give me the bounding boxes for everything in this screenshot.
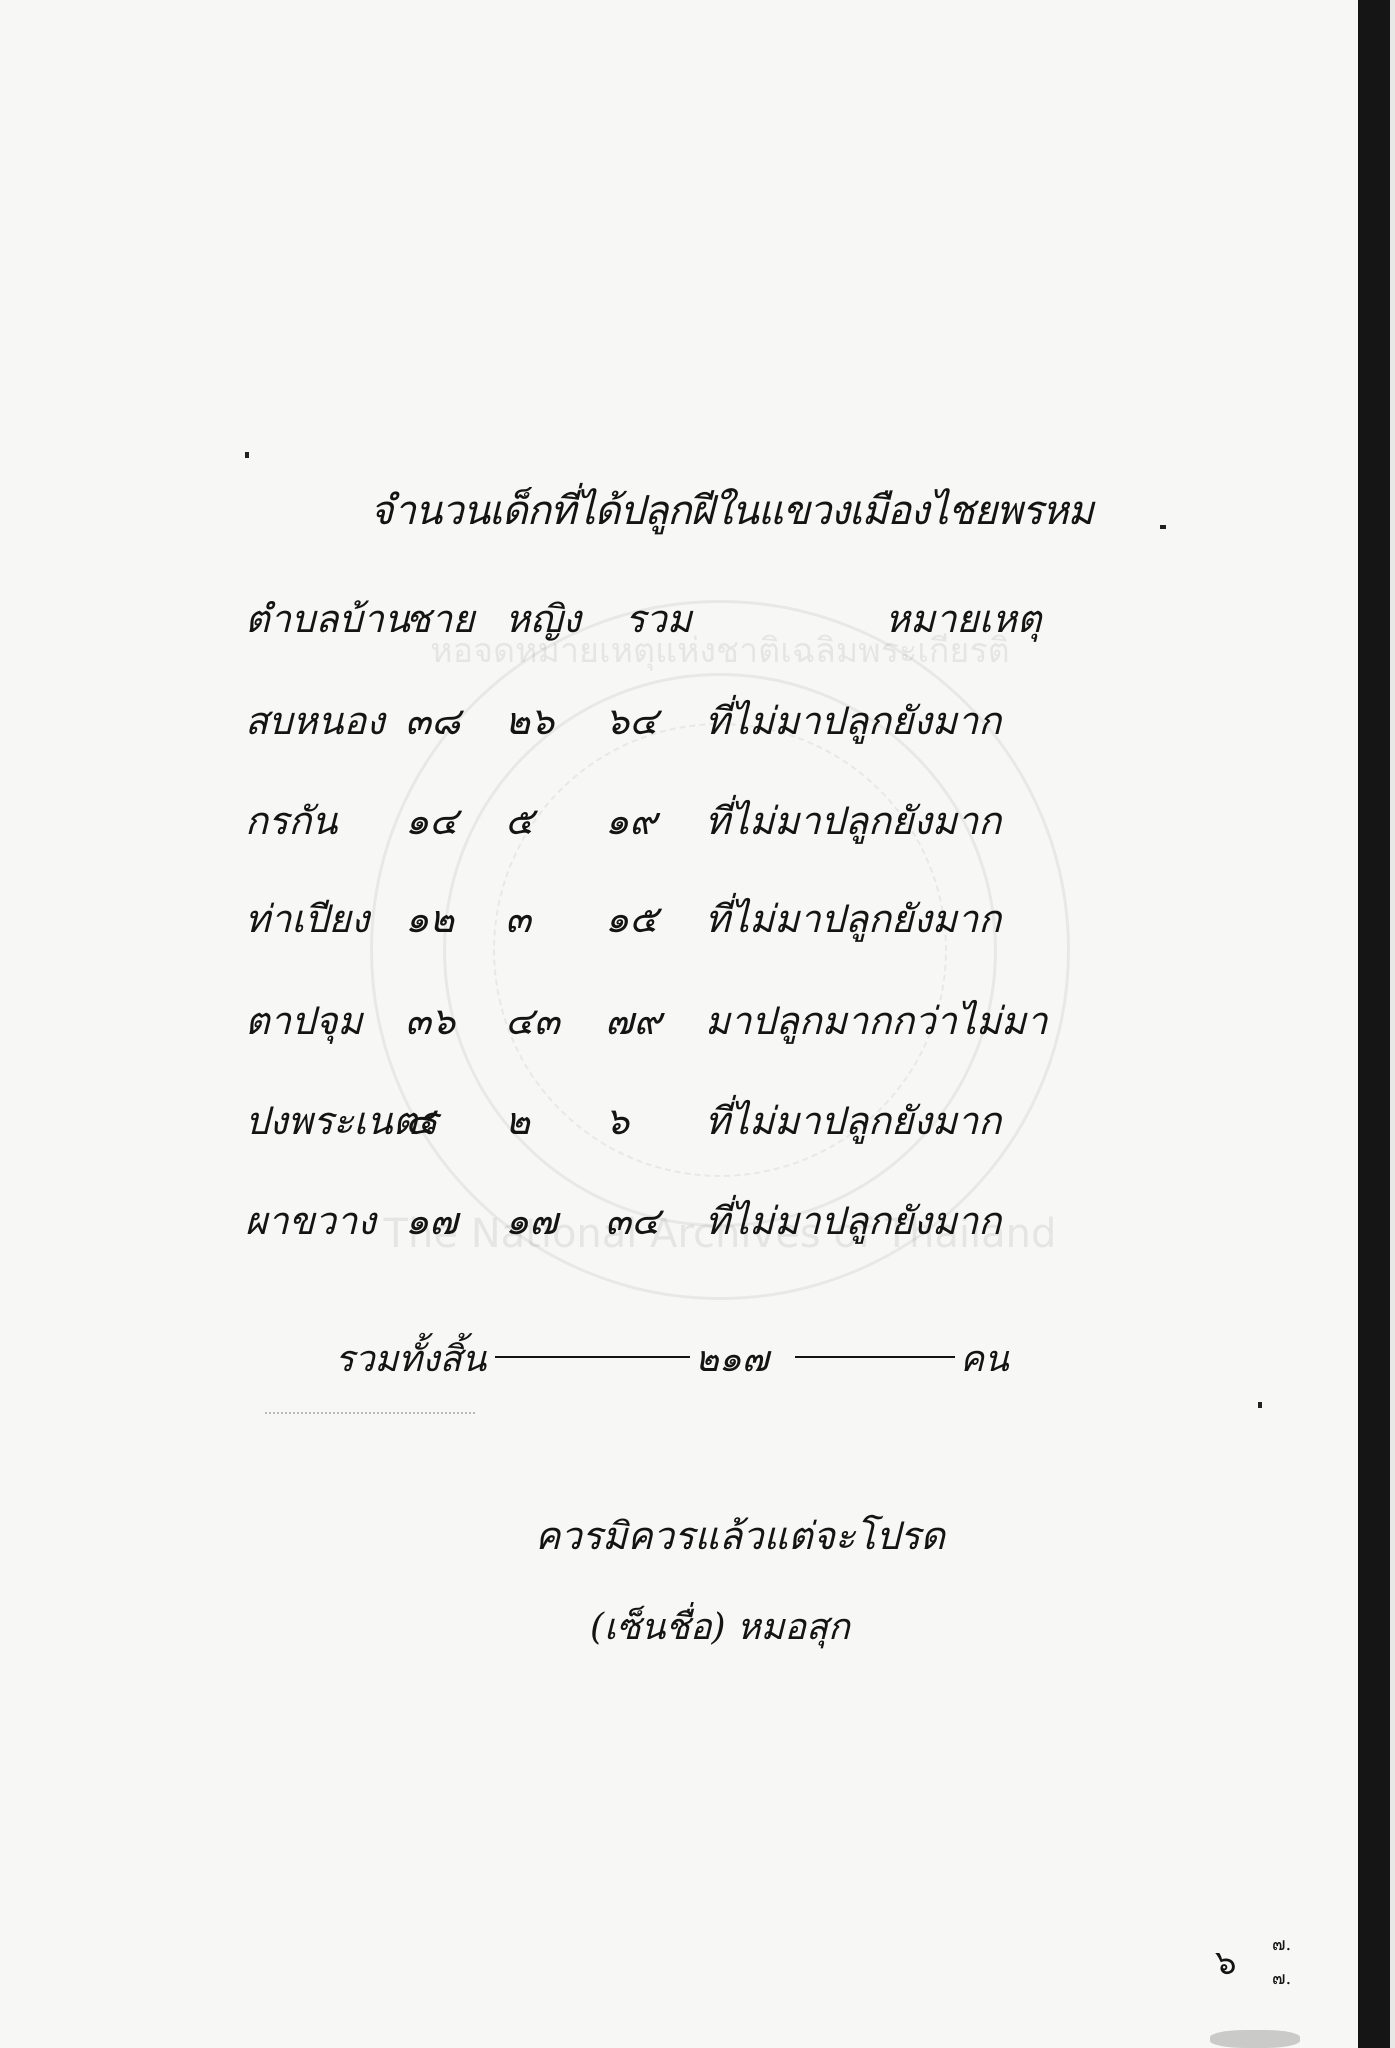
cell-male: ๑๒: [405, 888, 454, 949]
table-row: ปงพระเนตร ๔ ๒ ๖ ที่ไม่มาปลูกยังมาก: [245, 1090, 1145, 1150]
cell-total: ๑๙: [605, 790, 657, 851]
scan-border-strip: [1390, 0, 1395, 2048]
grand-total-label: รวมทั้งสิ้น: [335, 1330, 486, 1387]
cell-total: ๓๔: [605, 1190, 660, 1251]
scan-speck: [1160, 525, 1166, 529]
cell-remarks: ที่ไม่มาปลูกยังมาก: [705, 888, 1001, 949]
cell-female: ๒: [505, 1090, 530, 1151]
cell-remarks: ที่ไม่มาปลูกยังมาก: [705, 1190, 1001, 1251]
cell-district: ผาขวาง: [245, 1190, 376, 1251]
cell-remarks: มาปลูกมากกว่าไม่มา: [705, 990, 1047, 1051]
total-rule-left: [495, 1356, 690, 1358]
cell-district: กรกัน: [245, 790, 337, 851]
header-remarks: หมายเหตุ: [885, 588, 1041, 649]
table-row: ผาขวาง ๑๗ ๑๗ ๓๔ ที่ไม่มาปลูกยังมาก: [245, 1190, 1145, 1250]
cell-total: ๖๔: [605, 690, 658, 751]
table-row: สบหนอง ๓๘ ๒๖ ๖๔ ที่ไม่มาปลูกยังมาก: [245, 690, 1145, 750]
page-mark-top: ๗.: [1272, 1928, 1291, 1962]
cell-male: ๓๘: [405, 690, 460, 751]
cell-male: ๓๖: [405, 990, 455, 1051]
cell-female: ๓: [505, 888, 531, 949]
table-row: ท่าเปียง ๑๒ ๓ ๑๕ ที่ไม่มาปลูกยังมาก: [245, 888, 1145, 948]
cell-female: ๕: [505, 790, 534, 851]
total-rule-right: [795, 1356, 955, 1358]
cell-district: ท่าเปียง: [245, 888, 369, 949]
page-marks: ๗. ๗.: [1272, 1928, 1291, 1996]
cell-remarks: ที่ไม่มาปลูกยังมาก: [705, 690, 1001, 751]
cell-female: ๔๓: [505, 990, 560, 1051]
header-total: รวม: [625, 588, 692, 649]
signature-line: (เซ็นชื่อ) หมอสุก: [590, 1598, 850, 1655]
header-female: หญิง: [505, 588, 581, 649]
cell-remarks: ที่ไม่มาปลูกยังมาก: [705, 790, 1001, 851]
grand-total-line: รวมทั้งสิ้น ๒๑๗ คน: [335, 1330, 1035, 1380]
scan-border-right: [1358, 0, 1390, 2048]
header-district: ตำบลบ้าน: [245, 588, 410, 649]
page-number: ๖: [1215, 1935, 1237, 1989]
cell-female: ๒๖: [505, 690, 554, 751]
cell-total: ๗๙: [605, 990, 661, 1051]
table-row: ตาปจุม ๓๖ ๔๓ ๗๙ มาปลูกมากกว่าไม่มา: [245, 990, 1145, 1050]
scan-speck: [245, 452, 249, 458]
table-header-row: ตำบลบ้าน ชาย หญิง รวม หมายเหตุ: [245, 588, 1145, 648]
cell-district: ตาปจุม: [245, 990, 362, 1051]
cell-remarks: ที่ไม่มาปลูกยังมาก: [705, 1090, 1001, 1151]
scan-smudge: [1210, 2030, 1300, 2048]
grand-total-unit: คน: [960, 1330, 1009, 1387]
document-title: จำนวนเด็กที่ได้ปลูกฝีในแขวงเมืองไชยพรหม: [370, 478, 1150, 542]
table-row: กรกัน ๑๔ ๕ ๑๙ ที่ไม่มาปลูกยังมาก: [245, 790, 1145, 850]
cell-male: ๑๔: [405, 790, 458, 851]
grand-total-value: ๒๑๗: [695, 1330, 769, 1387]
cell-district: สบหนอง: [245, 690, 385, 751]
cell-male: ๑๗: [405, 1190, 458, 1251]
cell-male: ๔: [405, 1090, 434, 1151]
cell-total: ๑๕: [605, 888, 658, 949]
page-mark-bottom: ๗.: [1272, 1962, 1291, 1996]
header-male: ชาย: [405, 588, 474, 649]
closing-phrase: ควรมิควรแล้วแต่จะโปรด: [535, 1505, 945, 1566]
cell-female: ๑๗: [505, 1190, 558, 1251]
scan-speck: [1258, 1402, 1262, 1408]
dotted-separator: [265, 1412, 475, 1414]
cell-total: ๖: [605, 1090, 629, 1151]
